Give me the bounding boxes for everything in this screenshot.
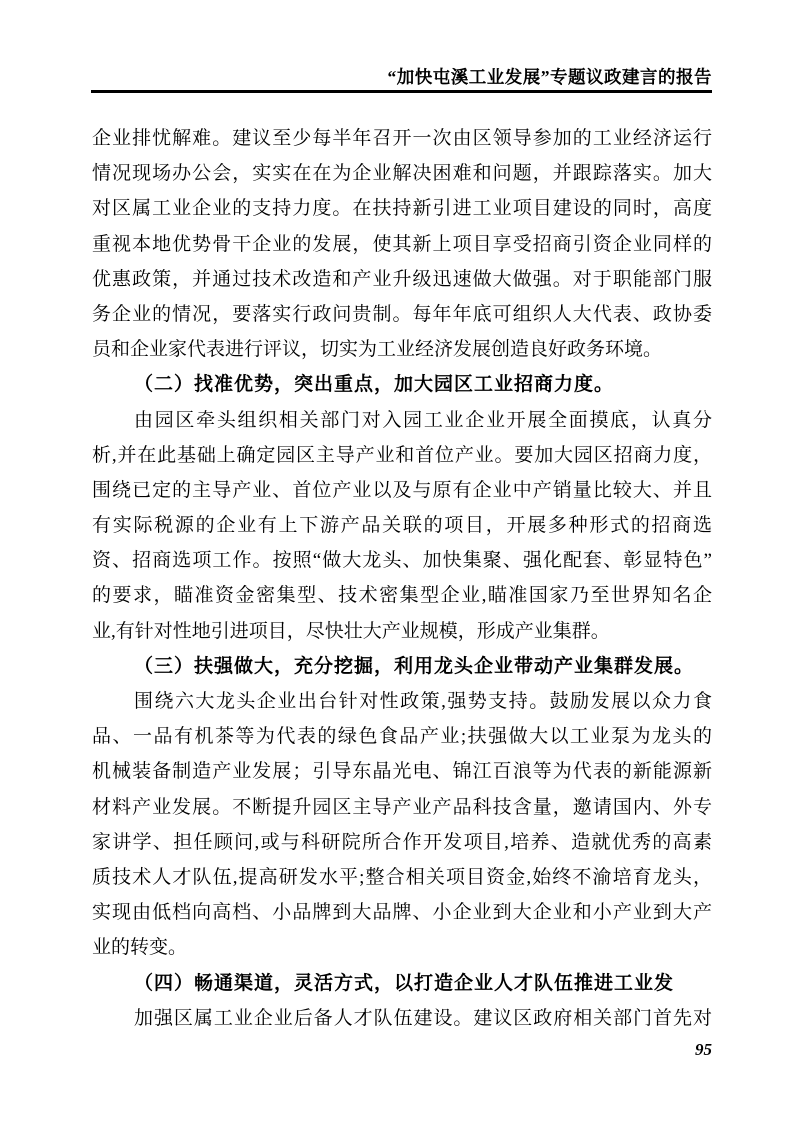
text-line: 重视本地优势骨干企业的发展，使其新上项目享受招商引资企业同样的 <box>92 227 712 262</box>
text-line: 加强区属工业企业后备人才队伍建设。建议区政府相关部门首先对 <box>92 1001 712 1036</box>
text-line: 有实际税源的企业有上下游产品关联的项目，开展多种形式的招商选 <box>92 508 712 543</box>
section-heading: （二）找准优势，突出重点，加大园区工业招商力度。 <box>92 367 712 402</box>
text-line: 实现由低档向高档、小品牌到大品牌、小企业到大企业和小产业到大产 <box>92 895 712 930</box>
document-page: “加快屯溪工业发展”专题议政建言的报告 企业排忧解难。建议至少每半年召开一次由区… <box>0 0 803 1133</box>
text-line: 材料产业发展。不断提升园区主导产业产品科技含量，邀请国内、外专 <box>92 790 712 825</box>
text-line: 围绕六大龙头企业出台针对性政策,强势支持。鼓励发展以众力食 <box>92 684 712 719</box>
text-line: 机械装备制造产业发展；引导东晶光电、锦江百浪等为代表的新能源新 <box>92 754 712 789</box>
text-line: 业的转变。 <box>92 930 712 965</box>
text-line: 务企业的情况，要落实行政问贵制。每年年底可组织人大代表、政协委 <box>92 297 712 332</box>
text-line: 员和企业家代表进行评议，切实为工业经济发展创造良好政务环境。 <box>92 332 712 367</box>
text-line: 由园区牵头组织相关部门对入园工业企业开展全面摸底，认真分 <box>92 403 712 438</box>
text-line: 家讲学、担任顾问,或与科研院所合作开发项目,培养、造就优秀的高素 <box>92 825 712 860</box>
text-line: 析,并在此基础上确定园区主导产业和首位产业。要加大园区招商力度， <box>92 438 712 473</box>
document-body: 企业排忧解难。建议至少每半年召开一次由区领导参加的工业经济运行情况现场办公会，实… <box>92 121 712 1036</box>
section-heading: （三）扶强做大，充分挖掘，利用龙头企业带动产业集群发展。 <box>92 649 712 684</box>
text-line: 优惠政策，并通过技术改造和产业升级迅速做大做强。对于职能部门服 <box>92 262 712 297</box>
text-line: 对区属工业企业的支持力度。在扶持新引进工业项目建设的同时，高度 <box>92 191 712 226</box>
text-line: 的要求，瞄准资金密集型、技术密集型企业,瞄准国家乃至世界知名企 <box>92 578 712 613</box>
text-line: 情况现场办公会，实实在在为企业解决困难和问题，并跟踪落实。加大 <box>92 156 712 191</box>
text-line: 品、一品有机茶等为代表的绿色食品产业;扶强做大以工业泵为龙头的 <box>92 719 712 754</box>
text-line: 业,有针对性地引进项目，尽快壮大产业规模，形成产业集群。 <box>92 614 712 649</box>
header-rule <box>91 90 712 93</box>
text-line: 质技术人才队伍,提高研发水平;整合相关项目资金,始终不渝培育龙头， <box>92 860 712 895</box>
section-heading: （四）畅通渠道，灵活方式，以打造企业人才队伍推进工业发展。 <box>92 966 712 1001</box>
text-line: 企业排忧解难。建议至少每半年召开一次由区领导参加的工业经济运行 <box>92 121 712 156</box>
text-line: 资、招商选项工作。按照“做大龙头、加快集聚、强化配套、彰显特色” <box>92 543 712 578</box>
running-header-title: “加快屯溪工业发展”专题议政建言的报告 <box>91 64 712 89</box>
page-number: 95 <box>91 1040 712 1060</box>
text-line: 围绕已定的主导产业、首位产业以及与原有企业中产销量比较大、并且 <box>92 473 712 508</box>
